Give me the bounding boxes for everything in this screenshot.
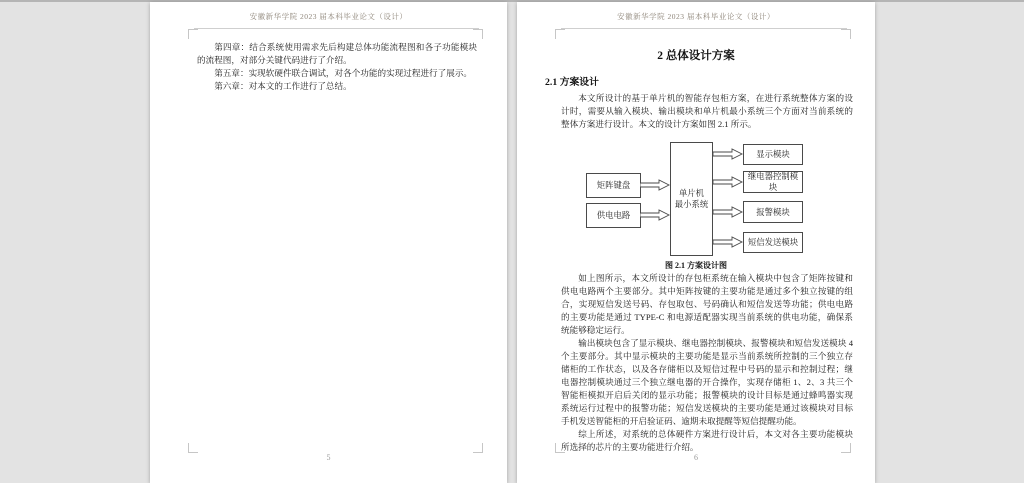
header-underline — [194, 28, 479, 29]
paragraph-chapter5-summary[interactable]: 第五章：实现软硬件联合调试，对各个功能的实现过程进行了展示。 — [197, 67, 477, 80]
diagram-box-sms-send-module[interactable]: 短信发送模块 — [743, 232, 803, 253]
block-arrow-icon — [713, 206, 743, 218]
paragraph-design-intro[interactable]: 本文所设计的基于单片机的智能存包柜方案，在进行系统整体方案的设计时，需要从输入模… — [561, 92, 853, 131]
block-arrow-icon — [713, 236, 743, 248]
figure-diagram[interactable]: 矩阵键盘 供电电路 单片机 最小系统 显示模块 继电器控制模块 报警模块 短信发… — [517, 142, 875, 262]
paragraph-chapter4-summary[interactable]: 第四章：结合系统使用需求先后构建总体功能流程图和各子功能模块的流程图，对部分关键… — [197, 41, 477, 67]
page-header: 安徽新华学院 2023 届本科毕业论文（设计） — [517, 11, 875, 22]
block-arrow-icon — [640, 209, 670, 221]
intro-text-block[interactable]: 本文所设计的基于单片机的智能存包柜方案，在进行系统整体方案的设计时，需要从输入模… — [561, 92, 853, 131]
diagram-box-display-module[interactable]: 显示模块 — [743, 144, 803, 165]
header-underline — [561, 28, 847, 29]
corner-mark-bottom-right — [473, 443, 483, 453]
corner-mark-top-right — [841, 29, 851, 39]
mcu-label-line1: 单片机 — [679, 188, 704, 199]
corner-mark-top-right — [473, 29, 483, 39]
page-number: 5 — [150, 453, 507, 462]
block-arrow-icon — [640, 179, 670, 191]
page-header: 安徽新华学院 2023 届本科毕业论文（设计） — [150, 11, 507, 22]
paragraph-conclusion[interactable]: 综上所述，对系统的总体硬件方案进行设计后，本文对各主要功能模块所选择的芯片的主要… — [561, 428, 853, 454]
diagram-box-matrix-keyboard[interactable]: 矩阵键盘 — [586, 173, 641, 198]
corner-mark-top-left — [188, 29, 198, 39]
paragraph-chapter6-summary[interactable]: 第六章：对本文的工作进行了总结。 — [197, 80, 477, 93]
document-page-right[interactable]: 安徽新华学院 2023 届本科毕业论文（设计） 2 总体设计方案 2.1 方案设… — [517, 2, 875, 483]
diagram-box-relay-control-module[interactable]: 继电器控制模块 — [743, 171, 803, 193]
body-text-block[interactable]: 第四章：结合系统使用需求先后构建总体功能流程图和各子功能模块的流程图，对部分关键… — [197, 41, 477, 93]
page-number: 6 — [517, 453, 875, 462]
paragraph-input-modules[interactable]: 如上图所示，本文所设计的存包柜系统在输入模块中包含了矩阵按键和供电电路两个主要部… — [561, 272, 853, 337]
block-arrow-icon — [713, 176, 743, 188]
block-arrow-icon — [713, 148, 743, 160]
figure-caption: 图 2.1 方案设计图 — [517, 260, 875, 271]
diagram-box-power-circuit[interactable]: 供电电路 — [586, 203, 641, 228]
paragraph-output-modules[interactable]: 输出模块包含了显示模块、继电器控制模块、报警模块和短信发送模块 4 个主要部分。… — [561, 337, 853, 428]
corner-mark-bottom-left — [188, 443, 198, 453]
corner-mark-top-left — [555, 29, 565, 39]
diagram-box-mcu-min-system[interactable]: 单片机 最小系统 — [670, 142, 713, 256]
diagram-box-alarm-module[interactable]: 报警模块 — [743, 201, 803, 223]
chapter-heading[interactable]: 2 总体设计方案 — [517, 47, 875, 63]
body-text-block[interactable]: 如上图所示，本文所设计的存包柜系统在输入模块中包含了矩阵按键和供电电路两个主要部… — [561, 272, 853, 454]
document-page-left[interactable]: 安徽新华学院 2023 届本科毕业论文（设计） 第四章：结合系统使用需求先后构建… — [150, 2, 507, 483]
section-heading[interactable]: 2.1 方案设计 — [545, 74, 599, 88]
mcu-label-line2: 最小系统 — [675, 199, 709, 210]
